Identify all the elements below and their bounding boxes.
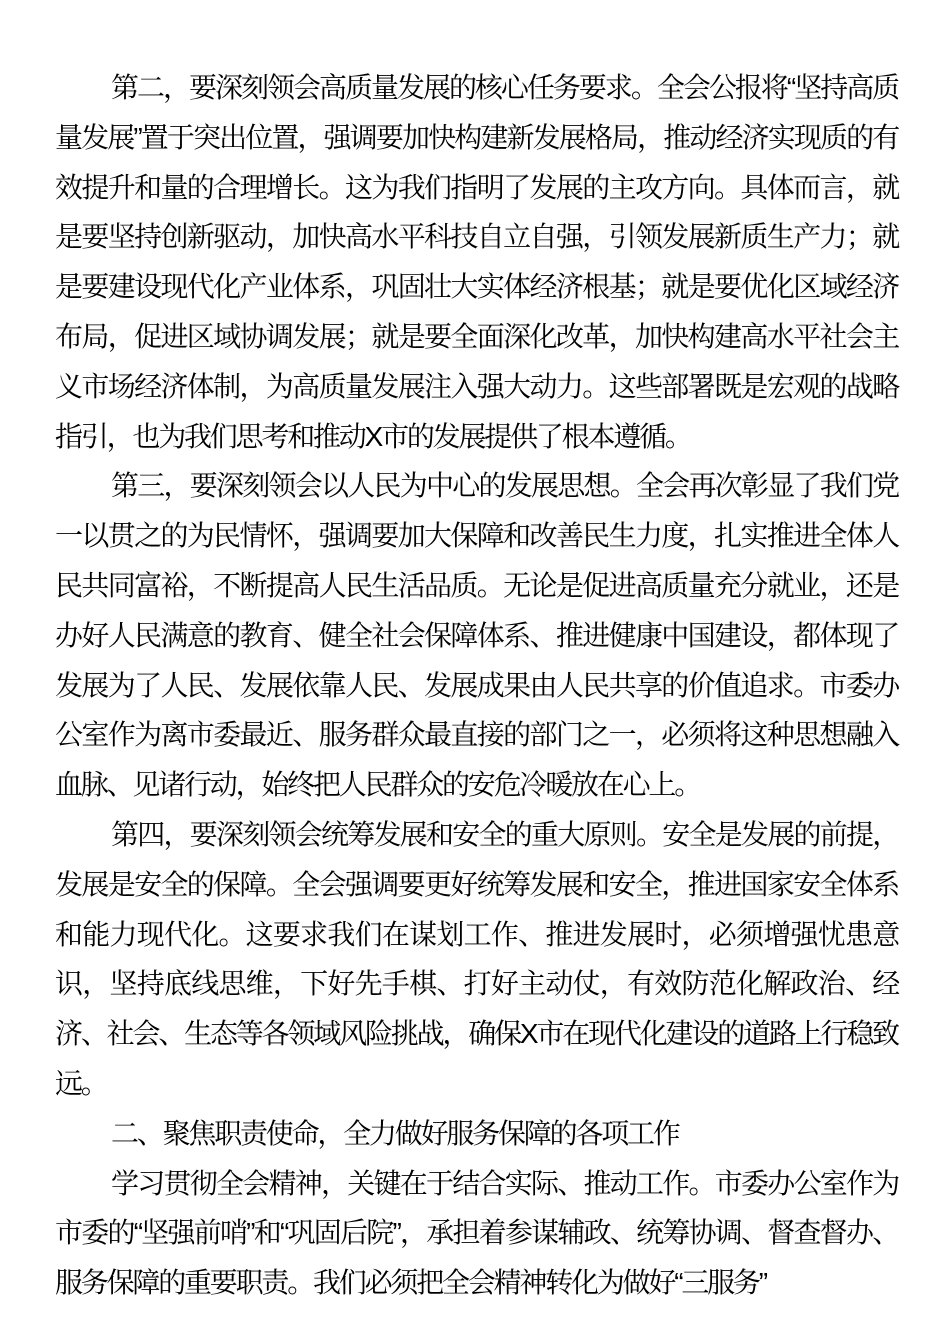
- paragraph-point-fourth: 第四，要深刻领会统筹发展和安全的重大原则。安全是发展的前提，发展是安全的保障。全…: [55, 810, 898, 1109]
- paragraph-point-third: 第三，要深刻领会以人民为中心的发展思想。全会再次彰显了我们党一以贯之的为民情怀，…: [55, 461, 898, 810]
- paragraph-implementation-intro: 学习贯彻全会精神，关键在于结合实际、推动工作。市委办公室作为市委的“坚强前哨”和…: [55, 1159, 898, 1308]
- paragraph-point-second: 第二，要深刻领会高质量发展的核心任务要求。全会公报将“坚持高质量发展”置于突出位…: [55, 63, 898, 461]
- document-page: 第二，要深刻领会高质量发展的核心任务要求。全会公报将“坚持高质量发展”置于突出位…: [0, 0, 950, 1344]
- section-heading-part-two: 二、聚焦职责使命，全力做好服务保障的各项工作: [55, 1109, 898, 1159]
